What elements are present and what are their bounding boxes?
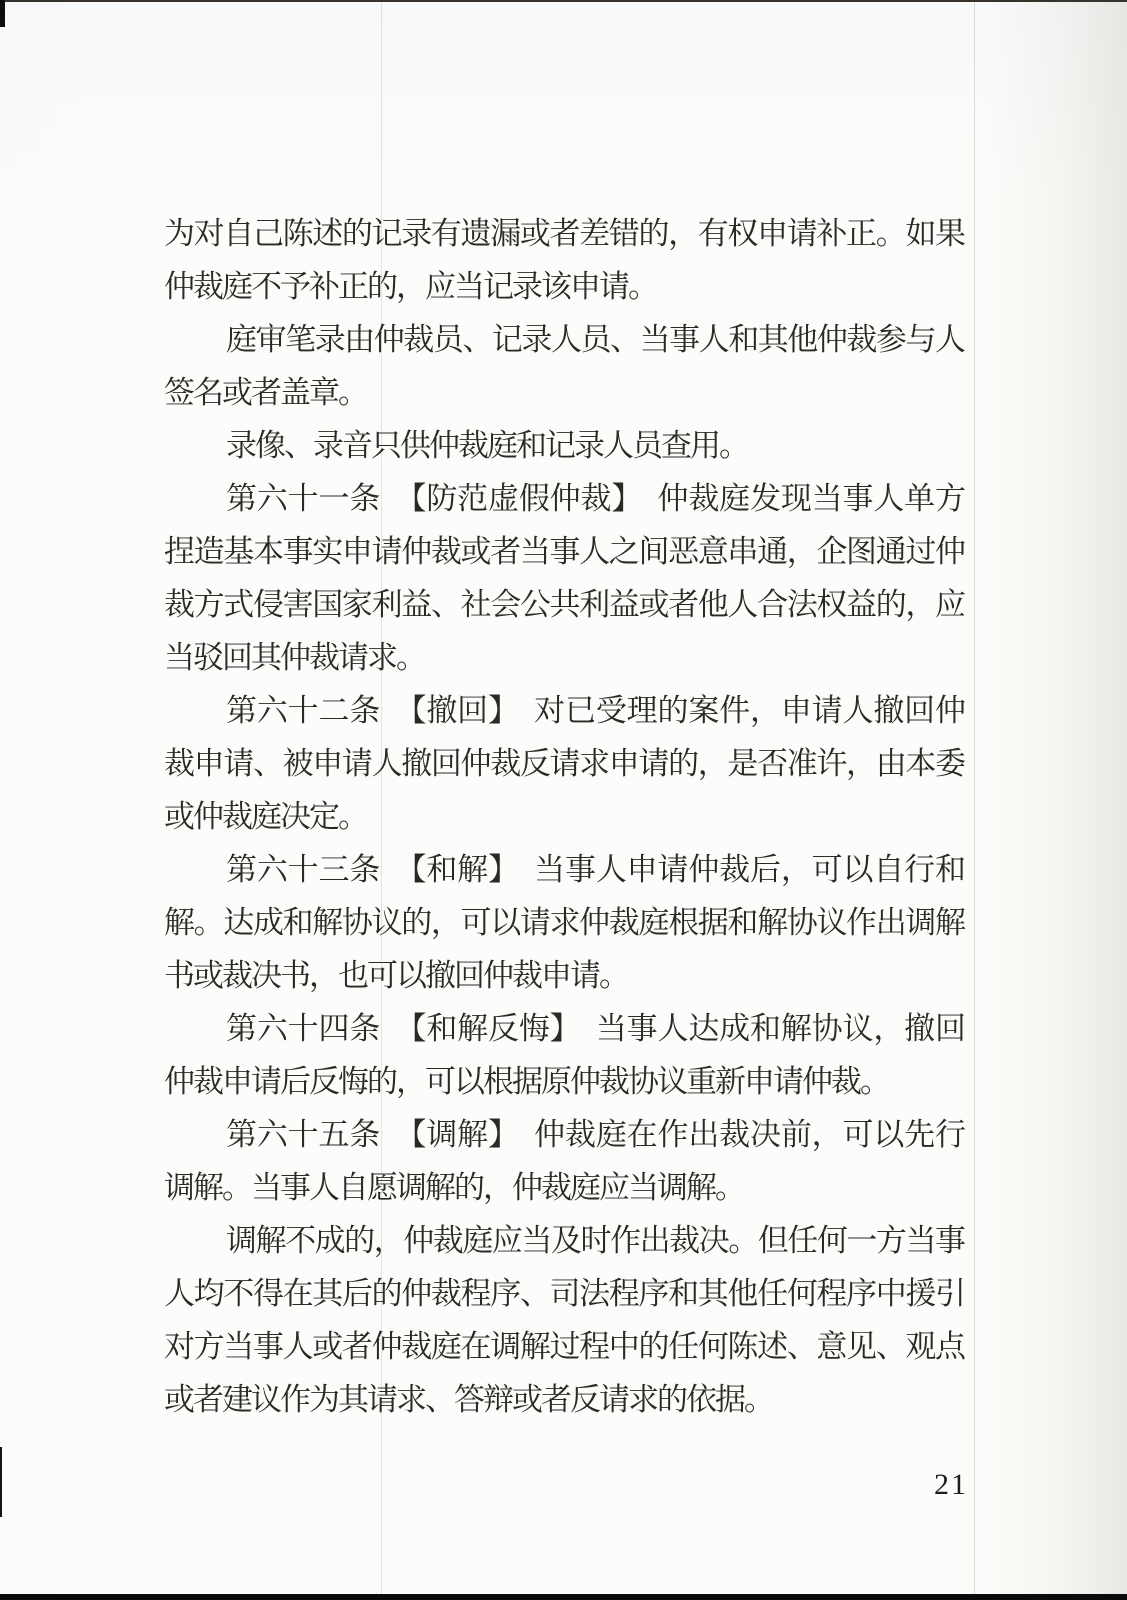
scan-top-edge: [0, 0, 1127, 2]
text-line: 庭审笔录由仲裁员、记录人员、当事人和其他仲裁参与人: [164, 313, 964, 366]
text-line: 或者建议作为其请求、答辩或者反请求的依据。: [164, 1373, 964, 1426]
text-line: 书或裁决书，也可以撤回仲裁申请。: [164, 949, 964, 1002]
text-line: 裁方式侵害国家利益、社会公共利益或者他人合法权益的，应: [164, 578, 964, 631]
text-line-article-61: 第六十一条 【防范虚假仲裁】 仲裁庭发现当事人单方: [164, 472, 964, 525]
text-line: 签名或者盖章。: [164, 366, 964, 419]
text-line-article-64: 第六十四条 【和解反悔】 当事人达成和解协议，撤回: [164, 1002, 964, 1055]
scan-bottom-edge: [0, 1594, 1127, 1600]
text-line: 或仲裁庭决定。: [164, 790, 964, 843]
text-line: 人均不得在其后的仲裁程序、司法程序和其他任何程序中援引: [164, 1267, 964, 1320]
text-line: 调解不成的，仲裁庭应当及时作出裁决。但任何一方当事: [164, 1214, 964, 1267]
text-line-article-65: 第六十五条 【调解】 仲裁庭在作出裁决前，可以先行: [164, 1108, 964, 1161]
text-line: 对方当事人或者仲裁庭在调解过程中的任何陈述、意见、观点: [164, 1320, 964, 1373]
text-line: 仲裁申请后反悔的，可以根据原仲裁协议重新申请仲裁。: [164, 1055, 964, 1108]
scan-artifact-line-right: [974, 0, 975, 1594]
text-line: 为对自己陈述的记录有遗漏或者差错的，有权申请补正。如果: [164, 207, 964, 260]
text-line: 当驳回其仲裁请求。: [164, 631, 964, 684]
scan-left-edge-mark: [0, 1447, 2, 1517]
text-line-article-63: 第六十三条 【和解】 当事人申请仲裁后，可以自行和: [164, 843, 964, 896]
text-line: 解。达成和解协议的，可以请求仲裁庭根据和解协议作出调解: [164, 896, 964, 949]
page-number: 21: [934, 1470, 968, 1500]
text-line: 录像、录音只供仲裁庭和记录人员查用。: [164, 419, 964, 472]
scan-corner-mark: [0, 0, 5, 27]
text-line-article-62: 第六十二条 【撤回】 对已受理的案件，申请人撤回仲: [164, 684, 964, 737]
text-line: 调解。当事人自愿调解的，仲裁庭应当调解。: [164, 1161, 964, 1214]
text-line: 裁申请、被申请人撤回仲裁反请求申请的，是否准许，由本委: [164, 737, 964, 790]
text-line: 捏造基本事实申请仲裁或者当事人之间恶意串通，企图通过仲: [164, 525, 964, 578]
text-line: 仲裁庭不予补正的，应当记录该申请。: [164, 260, 964, 313]
body-text: 为对自己陈述的记录有遗漏或者差错的，有权申请补正。如果 仲裁庭不予补正的，应当记…: [164, 207, 964, 1426]
scan-right-shadow: [987, 0, 1127, 1600]
